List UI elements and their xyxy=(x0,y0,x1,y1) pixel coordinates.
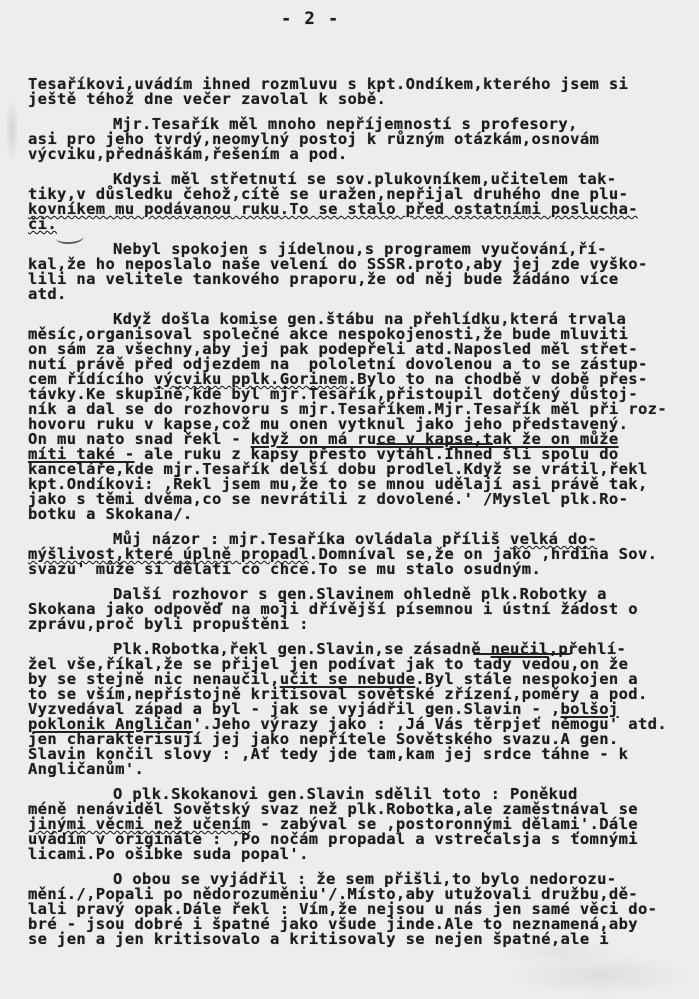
text-line: Angličanům'. xyxy=(28,762,693,777)
paragraph: Mjr.Tesařík měl mnoho nepříjemností s pr… xyxy=(28,117,693,162)
text-line: se jen a jen kritisovalo a kritisovaly s… xyxy=(28,932,693,947)
paragraph: O plk.Skokanovi gen.Slavin sdělil toto :… xyxy=(28,787,693,862)
paragraph: Můj názor : mjr.Tesaříka ovládala příliš… xyxy=(28,532,693,577)
page-number: - 2 - xyxy=(281,9,340,29)
paragraph: Tesaříkovi,uvádím ihned rozmluvu s kpt.O… xyxy=(28,77,693,107)
paragraph: Nebyl spokojen s jídelnou,s programem vy… xyxy=(28,242,693,302)
document-page: - 2 - Tesaříkovi,uvádím ihned rozmluvu s… xyxy=(0,0,699,999)
text-segment: atd. xyxy=(28,285,67,303)
text-segment: se jen a jen kritisovalo a kritisovaly s… xyxy=(28,930,609,948)
text-segment: ještě téhož dne večer zavolal k sobě. xyxy=(28,90,386,108)
text-segment: licami.Po ošibke suda popal'. xyxy=(28,845,309,863)
text-segment: botku a Skokana/. xyxy=(28,505,193,523)
text-segment: svazu' může si dělati co chce.To se mu s… xyxy=(28,560,541,578)
document-body: Tesaříkovi,uvádím ihned rozmluvu s kpt.O… xyxy=(28,77,693,957)
text-line: licami.Po ošibke suda popal'. xyxy=(28,847,693,862)
text-line: výcviku,přednáškám,řešením a pod. xyxy=(28,147,693,162)
text-line: zprávu,proč byli propuštěni : xyxy=(28,617,693,632)
text-line: atd. xyxy=(28,287,693,302)
text-line: botku a Skokana/. xyxy=(28,507,693,522)
text-segment: Angličanům'. xyxy=(28,760,144,778)
underlined-text: kovníkem mu podávanou ruku.To se stalo p… xyxy=(28,200,638,218)
paragraph: O obou se vyjádřil : že sem přišli,to by… xyxy=(28,872,693,947)
paragraph: Plk.Robotka,řekl gen.Slavin,se zásadně n… xyxy=(28,642,693,777)
underlined-text: či. xyxy=(28,215,57,233)
text-line: či. xyxy=(28,217,693,232)
text-line: svazu' může si dělati co chce.To se mu s… xyxy=(28,562,693,577)
paragraph: Další rozhovor s gen.Slavinem ohledně pl… xyxy=(28,587,693,632)
text-segment: výcviku,přednáškám,řešením a pod. xyxy=(28,145,348,163)
paragraph: Kdysi měl střetnutí se sov.plukovníkem,u… xyxy=(28,172,693,232)
text-segment: lili na velitele tankového praporu,že od… xyxy=(28,270,619,288)
text-line: lili na velitele tankového praporu,že od… xyxy=(28,272,693,287)
text-segment: zprávu,proč byli propuštěni : xyxy=(28,615,309,633)
paragraph: Když došla komise gen.štábu na přehlídku… xyxy=(28,312,693,522)
text-line: ještě téhož dne večer zavolal k sobě. xyxy=(28,92,693,107)
text-line: kovníkem mu podávanou ruku.To se stalo p… xyxy=(28,202,693,217)
